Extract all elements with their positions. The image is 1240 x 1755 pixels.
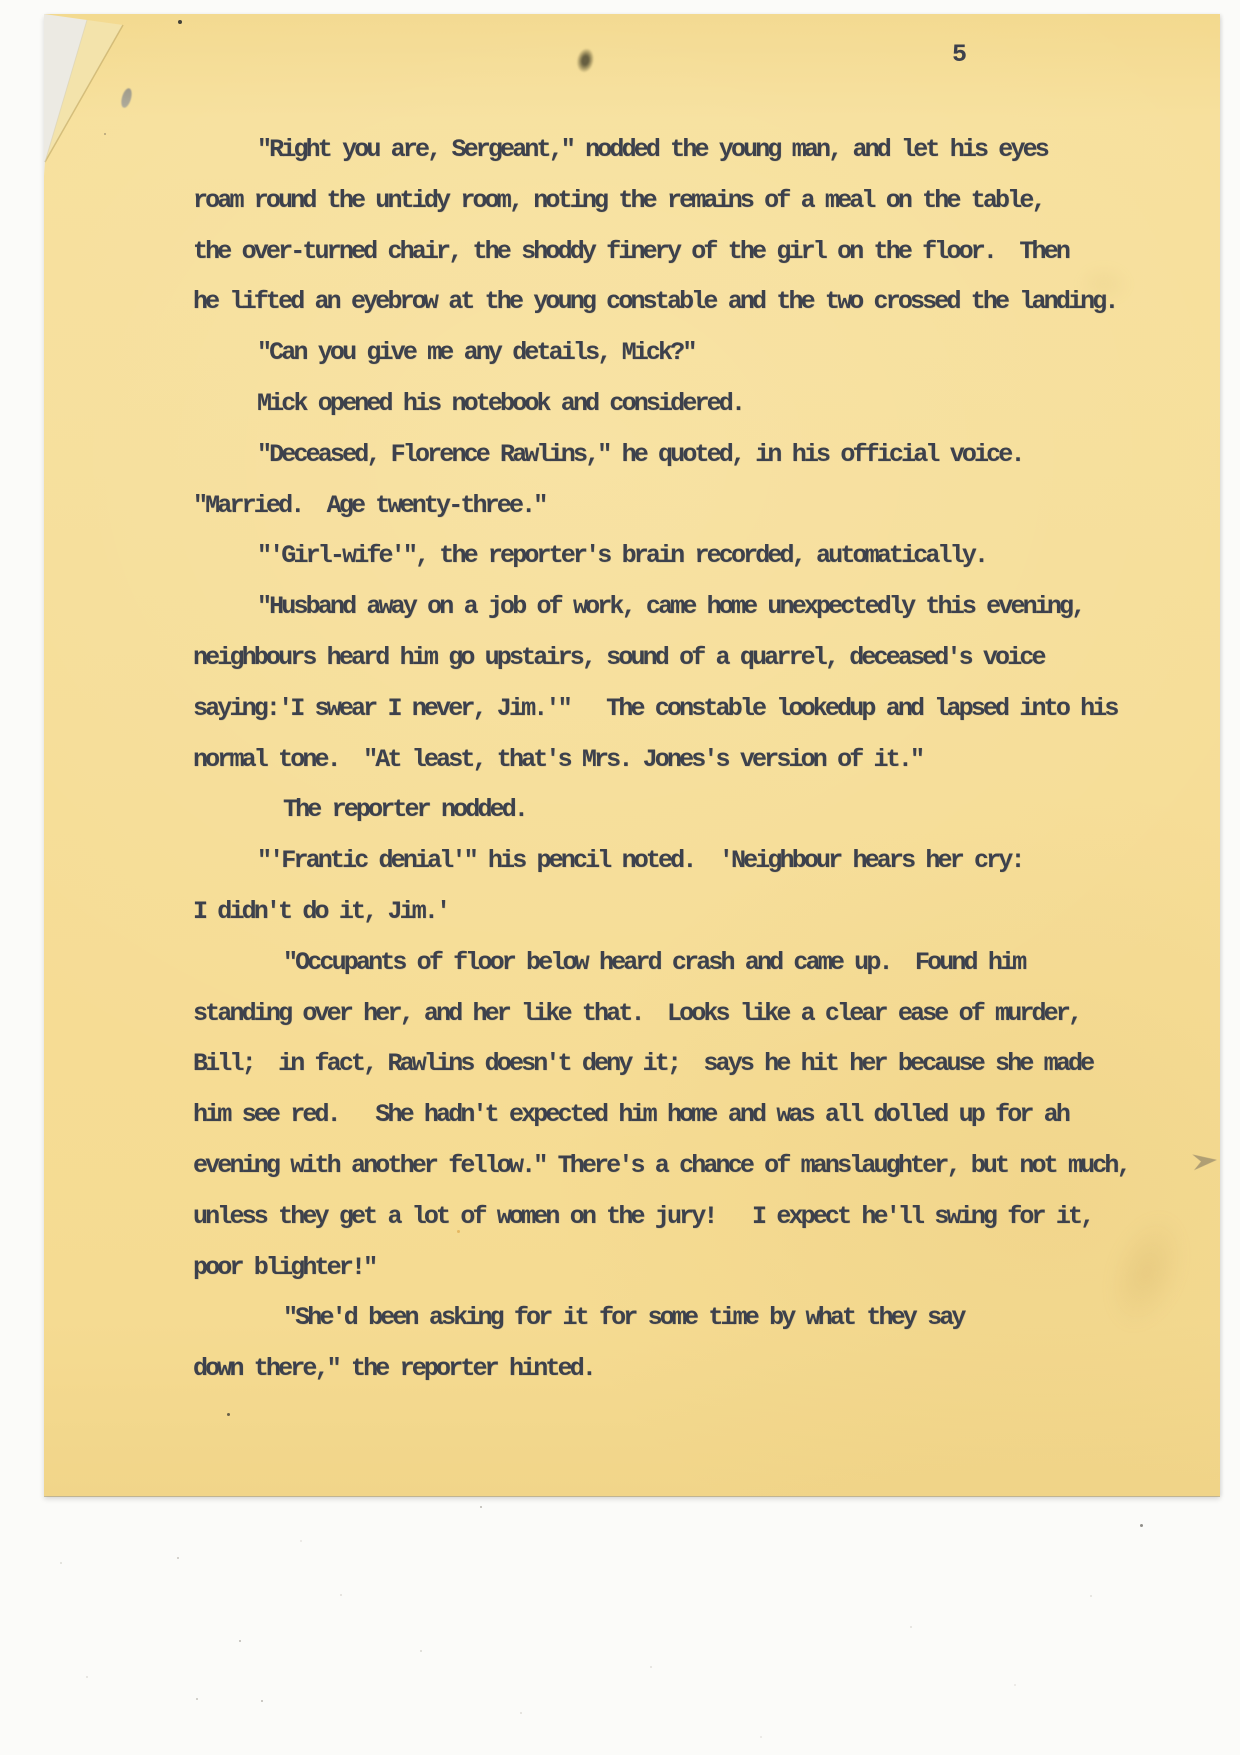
text-line: he lifted an eyebrow at the young consta… bbox=[193, 277, 1210, 328]
scan-speck bbox=[650, 1666, 652, 1668]
scan-speck bbox=[480, 1506, 482, 1508]
scan-speck bbox=[178, 20, 182, 24]
scan-speck bbox=[104, 133, 106, 135]
text-line: Bill; in fact, Rawlins doesn't deny it; … bbox=[193, 1039, 1210, 1090]
text-line: Mick opened his notebook and considered. bbox=[193, 379, 1210, 430]
text-line: neighbours heard him go upstairs, sound … bbox=[193, 633, 1210, 684]
ink-smudge bbox=[571, 44, 599, 80]
scan-speck bbox=[1090, 1595, 1092, 1597]
fold-smudge-mark bbox=[119, 87, 133, 109]
scan-speck bbox=[239, 1640, 241, 1642]
scan-speck bbox=[520, 1712, 522, 1714]
scan-speck bbox=[196, 1698, 198, 1700]
typewritten-text: "Right you are, Sergeant," nodded the yo… bbox=[193, 125, 1210, 1395]
text-line: him see red. She hadn't expected him hom… bbox=[193, 1090, 1210, 1141]
scan-speck bbox=[227, 1413, 230, 1416]
text-line: "Husband away on a job of work, came hom… bbox=[193, 582, 1210, 633]
scan-speck bbox=[1014, 1684, 1016, 1686]
text-line: unless they get a lot of women on the ju… bbox=[193, 1192, 1210, 1243]
scan-speck bbox=[420, 1650, 422, 1652]
text-line: "'Frantic denial'" his pencil noted. 'Ne… bbox=[193, 836, 1210, 887]
text-line: "Occupants of floor below heard crash an… bbox=[193, 938, 1210, 989]
fold-edge-line bbox=[45, 20, 87, 162]
text-line: "Can you give me any details, Mick?" bbox=[193, 328, 1210, 379]
paper-stain bbox=[1064, 254, 1144, 314]
scan-speck bbox=[86, 1676, 88, 1678]
page-number: 5 bbox=[952, 40, 964, 69]
text-line: evening with another fellow." There's a … bbox=[193, 1141, 1210, 1192]
scan-speck bbox=[340, 1594, 342, 1596]
scan-speck bbox=[60, 1562, 62, 1564]
scan-speck bbox=[300, 1540, 302, 1542]
scan-speck bbox=[261, 1700, 263, 1702]
text-line: normal tone. "At least, that's Mrs. Jone… bbox=[193, 735, 1210, 786]
text-line: "She'd been asking for it for some time … bbox=[193, 1293, 1210, 1344]
text-line: saying:'I swear I never, Jim.'" The cons… bbox=[193, 684, 1210, 735]
scan-speck bbox=[910, 1626, 912, 1628]
text-line: "Married. Age twenty-three." bbox=[193, 481, 1210, 532]
fold-notch bbox=[44, 14, 87, 176]
text-line: "Deceased, Florence Rawlins," he quoted,… bbox=[193, 430, 1210, 481]
text-line: The reporter nodded. bbox=[193, 785, 1210, 836]
scan-speck bbox=[1140, 1524, 1143, 1527]
fold-crease-line bbox=[45, 25, 123, 162]
scan-background: { "document": { "kind": "typewritten man… bbox=[0, 0, 1240, 1755]
scan-speck bbox=[760, 1736, 762, 1738]
text-line: roam round the untidy room, noting the r… bbox=[193, 176, 1210, 227]
text-line: standing over her, and her like that. Lo… bbox=[193, 989, 1210, 1040]
pencil-check-mark bbox=[1192, 1149, 1220, 1174]
fold-flap bbox=[45, 20, 123, 162]
text-line: down there," the reporter hinted. bbox=[193, 1344, 1210, 1395]
text-line: "'Girl-wife'", the reporter's brain reco… bbox=[193, 531, 1210, 582]
document-page: 5 "Right you are, Sergeant," nodded the … bbox=[44, 14, 1220, 1496]
text-line: the over-turned chair, the shoddy finery… bbox=[193, 227, 1210, 278]
text-line: poor blighter!" bbox=[193, 1243, 1210, 1294]
scan-speck bbox=[177, 1557, 179, 1559]
text-line: I didn't do it, Jim.' bbox=[193, 887, 1210, 938]
scan-speck bbox=[457, 1230, 460, 1233]
text-line: "Right you are, Sergeant," nodded the yo… bbox=[193, 125, 1210, 176]
